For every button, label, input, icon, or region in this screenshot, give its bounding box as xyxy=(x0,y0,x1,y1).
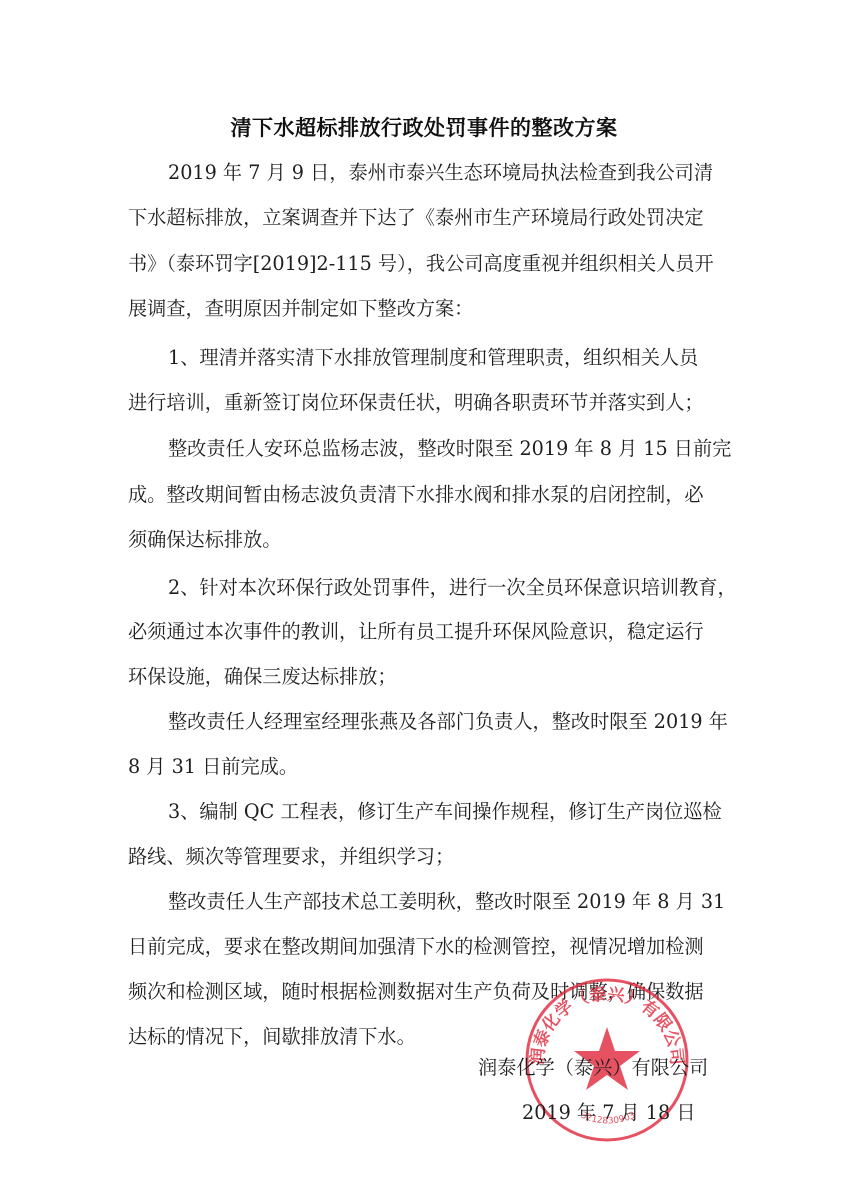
signature-company: 润泰化学（泰兴）有限公司 xyxy=(478,1056,708,1080)
document-page: 清下水超标排放行政处罚事件的整改方案 2019 年 7 月 9 日，泰州市泰兴生… xyxy=(0,0,848,1200)
paragraph-line: 3、编制 QC 工程表，修订生产车间操作规程，修订生产岗位巡检 xyxy=(168,800,722,824)
paragraph-line: 书》（泰环罚字[2019]2-115 号），我公司高度重视并组织相关人员开 xyxy=(128,252,714,276)
paragraph-line: 整改责任人经理室经理张燕及各部门负责人，整改时限至 2019 年 xyxy=(168,710,728,734)
paragraph-line: 必须通过本次事件的教训，让所有员工提升环保风险意识，稳定运行 xyxy=(128,620,704,644)
paragraph-line: 达标的情况下，间歇排放清下水。 xyxy=(128,1025,416,1049)
paragraph-line: 2019 年 7 月 9 日，泰州市泰兴生态环境局执法检查到我公司清 xyxy=(168,161,713,185)
paragraph-line: 1、理清并落实清下水排放管理制度和管理职责，组织相关人员 xyxy=(168,346,698,370)
document-title: 清下水超标排放行政处罚事件的整改方案 xyxy=(0,112,848,142)
paragraph-line: 展调查，查明原因并制定如下整改方案： xyxy=(128,297,473,321)
signature-date: 2019 年 7 月 18 日 xyxy=(522,1101,696,1125)
paragraph-line: 下水超标排放，立案调查并下达了《泰州市生产环境局行政处罚决定 xyxy=(128,206,704,230)
paragraph-line: 进行培训，重新签订岗位环保责任状，明确各职责环节并落实到人； xyxy=(128,391,704,415)
paragraph-line: 须确保达标排放。 xyxy=(128,528,282,552)
paragraph-line: 环保设施，确保三废达标排放； xyxy=(128,665,397,689)
paragraph-line: 整改责任人安环总监杨志波，整改时限至 2019 年 8 月 15 日前完 xyxy=(168,437,731,461)
paragraph-line: 2、针对本次环保行政处罚事件，进行一次全员环保意识培训教育， xyxy=(168,576,737,600)
paragraph-line: 成。整改期间暂由杨志波负责清下水排水阀和排水泵的启闭控制，必 xyxy=(128,483,704,507)
paragraph-line: 8 月 31 日前完成。 xyxy=(128,755,298,779)
paragraph-line: 日前完成，要求在整改期间加强清下水的检测管控，视情况增加检测 xyxy=(128,935,704,959)
paragraph-line: 整改责任人生产部技术总工姜明秋，整改时限至 2019 年 8 月 31 xyxy=(168,890,725,914)
paragraph-line: 路线、频次等管理要求，并组织学习； xyxy=(128,845,454,869)
